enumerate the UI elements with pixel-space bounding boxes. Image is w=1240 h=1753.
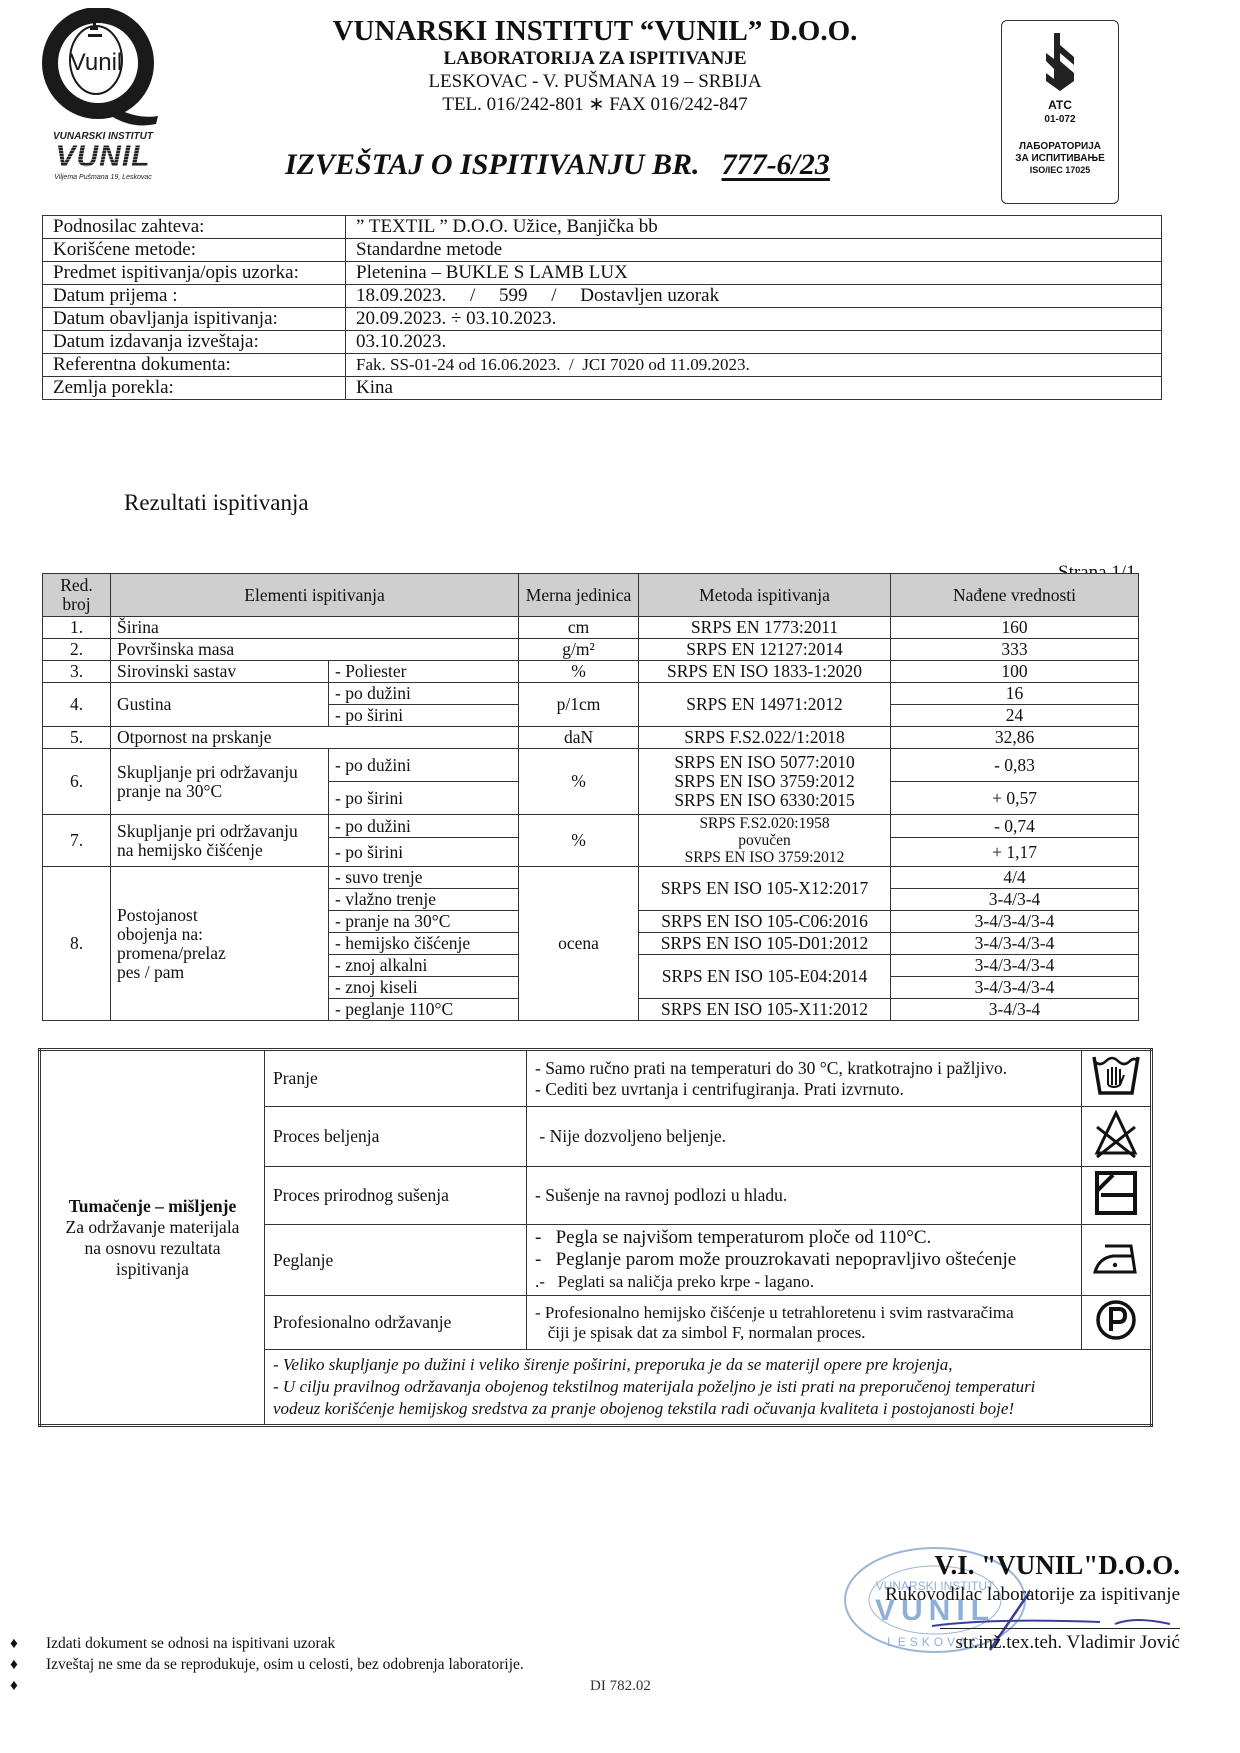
element-sub: - po dužini [329, 815, 519, 838]
atc-number: 01-072 [1002, 114, 1118, 125]
info-label: Podnosilac zahteva: [43, 216, 346, 239]
dry-flat-shade-icon [1082, 1167, 1152, 1225]
row-number: 2. [43, 639, 111, 661]
element-name: Sirovinski sastav [111, 661, 329, 683]
element-sub: - pranje na 30°C [329, 911, 519, 933]
method: SRPS EN ISO 105-C06:2016 [639, 911, 891, 933]
unit: daN [519, 727, 639, 749]
lab-name: LABORATORIJA ZA ISPITIVANJE [270, 48, 920, 70]
info-row: Podnosilac zahteva:” TEXTIL ” D.O.O. Uži… [43, 216, 1162, 239]
care-text: - Profesionalno hemijsko čišćenje u tetr… [527, 1296, 1082, 1350]
method: SRPS EN 14971:2012 [639, 683, 891, 727]
method: SRPS EN ISO 105-X11:2012 [639, 999, 891, 1021]
element-sub: - po širini [329, 838, 519, 867]
table-row: 2. Površinska masa g/m² SRPS EN 12127:20… [43, 639, 1139, 661]
found-value: 3-4/3-4/3-4 [891, 911, 1139, 933]
diamond-bullet-icon: ♦ [10, 1675, 46, 1696]
results-section-title: Rezultati ispitivanja [124, 490, 309, 516]
footer-notes: ♦Izdati dokument se odnosi na ispitivani… [10, 1633, 524, 1696]
method: SRPS EN ISO 5077:2010SRPS EN ISO 3759:20… [639, 749, 891, 815]
care-label: Profesionalno održavanje [265, 1296, 527, 1350]
element-sub: - hemijsko čišćenje [329, 933, 519, 955]
row-number: 4. [43, 683, 111, 727]
info-row: Datum izdavanja izveštaja:03.10.2023. [43, 331, 1162, 354]
iron-low-icon [1082, 1225, 1152, 1296]
info-row: Datum obavljanja ispitivanja:20.09.2023.… [43, 308, 1162, 331]
letterhead: VUNARSKI INSTITUT “VUNIL” D.O.O. LABORAT… [270, 14, 920, 116]
row-number: 5. [43, 727, 111, 749]
atc-standard: ISO/IEC 17025 [1002, 165, 1118, 175]
table-row: 3. Sirovinski sastav - Poliester % SRPS … [43, 661, 1139, 683]
unit: % [519, 815, 639, 867]
col-header-method: Metoda ispitivanja [639, 574, 891, 617]
method: SRPS EN ISO 105-E04:2014 [639, 955, 891, 999]
info-row: Referentna dokumenta:Fak. SS-01-24 od 16… [43, 354, 1162, 377]
care-row: Tumačenje – mišljenje Za održavanje mate… [40, 1050, 1152, 1107]
element-name: Skupljanje pri održavanjupranje na 30°C [111, 749, 329, 815]
atc-code: ATC [1002, 98, 1118, 112]
info-label: Zemlja porekla: [43, 377, 346, 400]
col-header-no: Red. broj [43, 574, 111, 617]
institute-name: VUNARSKI INSTITUT “VUNIL” D.O.O. [270, 14, 920, 48]
address: LESKOVAC - V. PUŠMANA 19 – SRBIJA [270, 70, 920, 93]
element-sub: - po dužini [329, 749, 519, 782]
table-row: 7. Skupljanje pri održavanjuna hemijsko … [43, 815, 1139, 838]
found-value: 16 [891, 683, 1139, 705]
request-info-table: Podnosilac zahteva:” TEXTIL ” D.O.O. Uži… [42, 215, 1162, 400]
care-text: - Sušenje na ravnoj podlozi u hladu. [527, 1167, 1082, 1225]
element-name: Skupljanje pri održavanjuna hemijsko čiš… [111, 815, 329, 867]
found-value: + 0,57 [891, 782, 1139, 815]
phone-fax: TEL. 016/242-801 ∗ FAX 016/242-847 [270, 93, 920, 116]
unit: cm [519, 617, 639, 639]
unit: % [519, 749, 639, 815]
row-number: 6. [43, 749, 111, 815]
info-label: Datum obavljanja ispitivanja: [43, 308, 346, 331]
care-text: - Pegla se najvišom temperaturom ploče o… [527, 1225, 1082, 1296]
table-row: 8. Postojanost obojenja na: promena/prel… [43, 867, 1139, 889]
col-header-values: Nađene vrednosti [891, 574, 1139, 617]
info-row: Zemlja porekla:Kina [43, 377, 1162, 400]
info-value: ” TEXTIL ” D.O.O. Užice, Banjička bb [346, 216, 1162, 239]
row-number: 1. [43, 617, 111, 639]
svg-text:Vunil: Vunil [70, 49, 122, 76]
row-number: 7. [43, 815, 111, 867]
found-value: + 1,17 [891, 838, 1139, 867]
care-label: Pranje [265, 1050, 527, 1107]
method: SRPS F.S2.020:1958povučenSRPS EN ISO 375… [639, 815, 891, 867]
care-label: Proces prirodnog sušenja [265, 1167, 527, 1225]
care-notes: - Veliko skupljanje po dužini i veliko š… [265, 1350, 1152, 1426]
found-value: 333 [891, 639, 1139, 661]
found-value: 3-4/3-4/3-4 [891, 955, 1139, 977]
care-interpretation: Tumačenje – mišljenje Za održavanje mate… [40, 1050, 265, 1426]
info-row: Korišćene metode:Standardne metode [43, 239, 1162, 262]
unit: p/1cm [519, 683, 639, 727]
document-code: DI 782.02 [590, 1678, 651, 1695]
info-label: Referentna dokumenta: [43, 354, 346, 377]
element-sub: - znoj alkalni [329, 955, 519, 977]
no-bleach-icon [1082, 1107, 1152, 1167]
table-row: 1. Širina cm SRPS EN 1773:2011 160 [43, 617, 1139, 639]
found-value: 160 [891, 617, 1139, 639]
diamond-bullet-icon: ♦ [10, 1633, 46, 1654]
info-label: Predmet ispitivanja/opis uzorka: [43, 262, 346, 285]
element-sub: - po dužini [329, 683, 519, 705]
signature-block: VUNARSKI INSTITUT VUNIL LESKOVAC V.I. "V… [840, 1540, 1180, 1680]
element-sub: - po širini [329, 782, 519, 815]
found-value: 3-4/3-4/3-4 [891, 933, 1139, 955]
info-label: Korišćene metode: [43, 239, 346, 262]
footer-note: ♦Izveštaj ne sme da se reprodukuje, osim… [10, 1654, 524, 1675]
element-name: Postojanost obojenja na: promena/prelaz … [111, 867, 329, 1021]
atc-lab-line1: ЛАБОРАТОРИЈА [1002, 141, 1118, 153]
element-name: Površinska masa [111, 639, 519, 661]
care-text: - Nije dozvoljeno beljenje. [527, 1107, 1082, 1167]
method: SRPS EN 12127:2014 [639, 639, 891, 661]
signature-company: V.I. "VUNIL"D.O.O. [934, 1550, 1180, 1581]
atc-chevron-logo-icon [1040, 31, 1080, 91]
accreditation-badge: ATC 01-072 ЛАБОРАТОРИЈА ЗА ИСПИТИВАЊЕ IS… [1001, 20, 1119, 204]
table-row: 5. Otpornost na prskanje daN SRPS F.S2.0… [43, 727, 1139, 749]
care-label: Peglanje [265, 1225, 527, 1296]
atc-lab-line2: ЗА ИСПИТИВАЊЕ [1002, 153, 1118, 165]
col-header-elements: Elementi ispitivanja [111, 574, 519, 617]
footer-note: ♦ [10, 1675, 524, 1696]
info-value: Kina [346, 377, 1162, 400]
found-value: 32,86 [891, 727, 1139, 749]
found-value: - 0,83 [891, 749, 1139, 782]
element-sub: - znoj kiseli [329, 977, 519, 999]
found-value: - 0,74 [891, 815, 1139, 838]
method: SRPS EN ISO 1833-1:2020 [639, 661, 891, 683]
signature-line [940, 1628, 1180, 1629]
care-text: - Samo ručno prati na temperaturi do 30 … [527, 1050, 1082, 1107]
col-header-unit: Merna jedinica [519, 574, 639, 617]
element-sub: - po širini [329, 705, 519, 727]
footer-note: ♦Izdati dokument se odnosi na ispitivani… [10, 1633, 524, 1654]
table-row: 4. Gustina - po dužini p/1cm SRPS EN 149… [43, 683, 1139, 705]
method: SRPS EN 1773:2011 [639, 617, 891, 639]
care-label: Proces beljenja [265, 1107, 527, 1167]
info-value: Standardne metode [346, 239, 1162, 262]
unit: % [519, 661, 639, 683]
found-value: 24 [891, 705, 1139, 727]
found-value: 3-4/3-4/3-4 [891, 977, 1139, 999]
found-value: 4/4 [891, 867, 1139, 889]
info-value: 20.09.2023. ÷ 03.10.2023. [346, 308, 1162, 331]
report-number: 777-6/23 [700, 148, 844, 181]
info-value: 03.10.2023. [346, 331, 1162, 354]
report-title-text: IZVEŠTAJ O ISPITIVANJU BR. [285, 148, 700, 181]
method: SRPS F.S2.022/1:2018 [639, 727, 891, 749]
professional-dry-clean-p-icon [1082, 1296, 1152, 1350]
method: SRPS EN ISO 105-D01:2012 [639, 933, 891, 955]
logo-brand-text: VUNIL [38, 142, 168, 172]
found-value: 3-4/3-4 [891, 999, 1139, 1021]
vunil-q-logo-icon: Vunil [38, 8, 163, 128]
info-value: Pletenina – BUKLE S LAMB LUX [346, 262, 1162, 285]
hand-wash-icon [1082, 1050, 1152, 1107]
info-row: Predmet ispitivanja/opis uzorka:Pletenin… [43, 262, 1162, 285]
unit: g/m² [519, 639, 639, 661]
element-sub: - suvo trenje [329, 867, 519, 889]
logo-address: Viljema Pušmana 19, Leskovac [38, 174, 168, 181]
row-number: 8. [43, 867, 111, 1021]
vunil-logo: Vunil VUNARSKI INSTITUT VUNIL Viljema Pu… [38, 8, 168, 183]
signatory-name: str.inž.tex.teh. Vladimir Jović [956, 1632, 1180, 1654]
element-sub: - peglanje 110°C [329, 999, 519, 1021]
element-sub: - vlažno trenje [329, 889, 519, 911]
info-label: Datum izdavanja izveštaja: [43, 331, 346, 354]
info-value: Fak. SS-01-24 od 16.06.2023. / JCI 7020 … [346, 354, 1162, 377]
results-header-row: Red. broj Elementi ispitivanja Merna jed… [43, 574, 1139, 617]
element-sub: - Poliester [329, 661, 519, 683]
table-row: 6. Skupljanje pri održavanjupranje na 30… [43, 749, 1139, 782]
info-value: 18.09.2023. / 599 / Dostavljen uzorak [346, 285, 1162, 308]
found-value: 3-4/3-4 [891, 889, 1139, 911]
diamond-bullet-icon: ♦ [10, 1654, 46, 1675]
row-number: 3. [43, 661, 111, 683]
element-name: Gustina [111, 683, 329, 727]
signature-role: Rukovodilac laboratorije za ispitivanje [885, 1584, 1180, 1606]
info-label: Datum prijema : [43, 285, 346, 308]
info-row: Datum prijema :18.09.2023. / 599 / Dosta… [43, 285, 1162, 308]
method: SRPS EN ISO 105-X12:2017 [639, 867, 891, 911]
unit: ocena [519, 867, 639, 1021]
care-instructions-table: Tumačenje – mišljenje Za održavanje mate… [38, 1048, 1153, 1427]
report-title: IZVEŠTAJ O ISPITIVANJU BR.777-6/23 [285, 148, 844, 182]
element-name: Širina [111, 617, 519, 639]
element-name: Otpornost na prskanje [111, 727, 519, 749]
care-title: Tumačenje – mišljenje [49, 1196, 256, 1217]
results-table: Red. broj Elementi ispitivanja Merna jed… [42, 573, 1139, 1021]
handwritten-signature-icon [930, 1612, 1190, 1632]
found-value: 100 [891, 661, 1139, 683]
